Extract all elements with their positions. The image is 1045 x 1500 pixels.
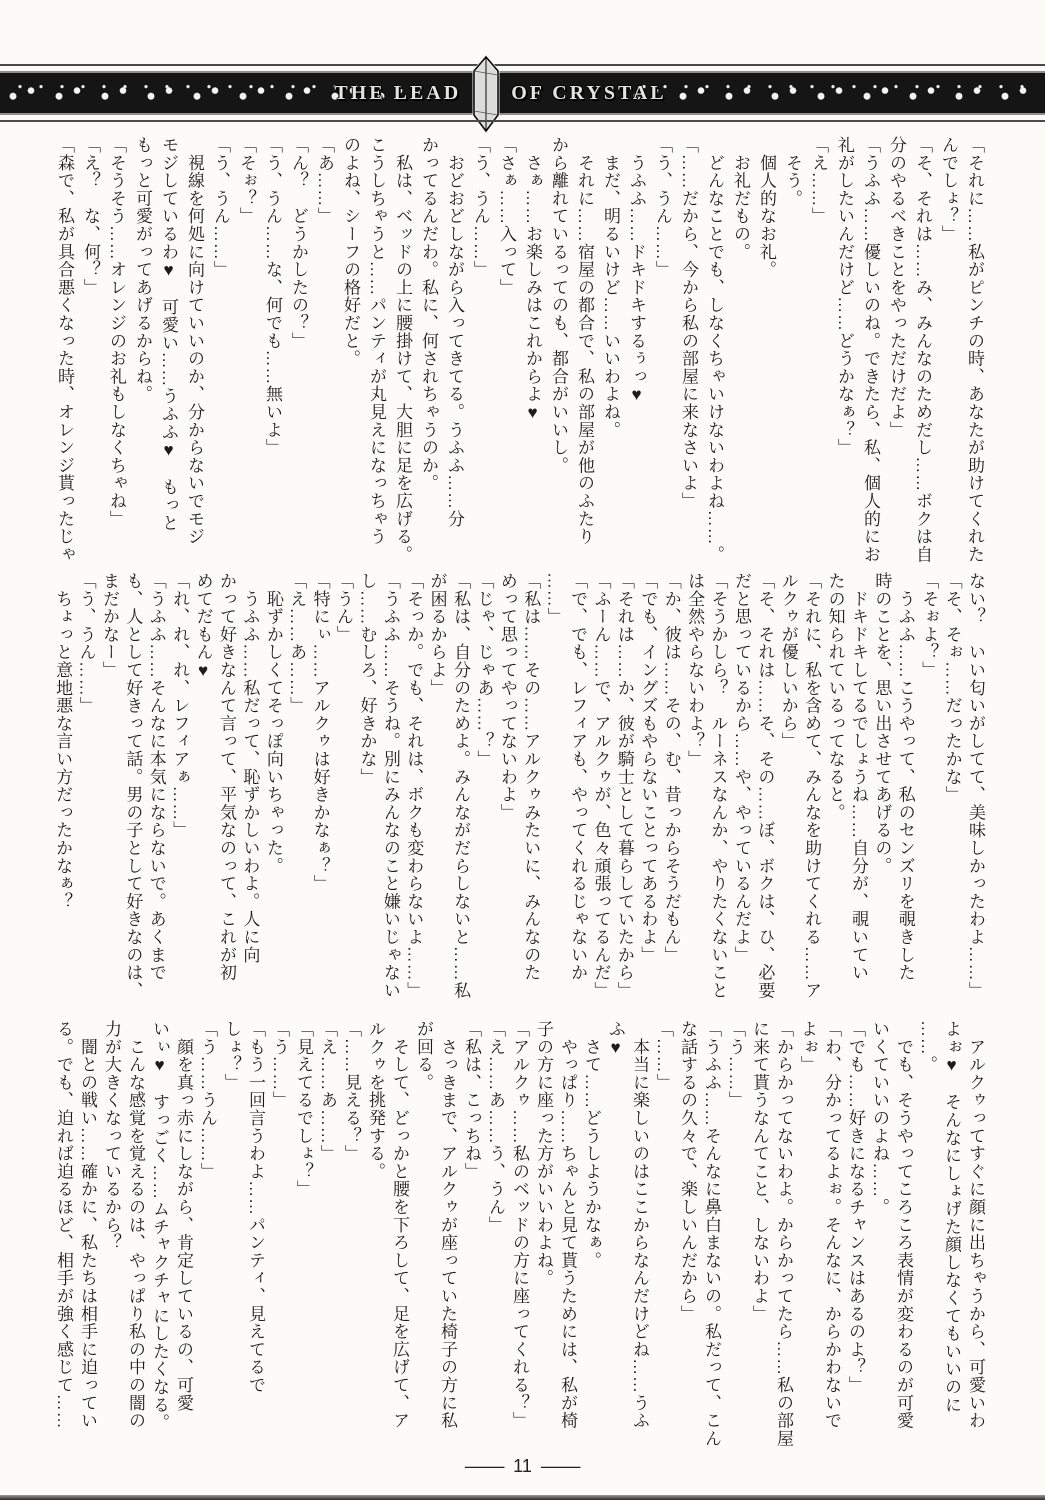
banner-hairline-top xyxy=(0,64,1045,66)
text-column: 「そ、そぉ……だったかな」 xyxy=(940,572,963,1010)
text-column: 「わ、分かってるよぉ。そんなに、からかわないで xyxy=(819,1020,843,1466)
text-column: 「ふーん……で、アルクゥが、色々頑張ってるんだ」 xyxy=(589,572,612,1010)
text-column: も、人として好きって話。男の子として好きなのは、 xyxy=(121,572,144,1010)
text-column: 「そうかしら？ ルーネスなんか、やりたくないこと xyxy=(706,572,729,1010)
text-column: 「う、うん……」 xyxy=(649,136,675,568)
text-column: うふふ……ドキドキするぅっ♥ xyxy=(623,136,649,568)
text-column: 「そうそう……オレンジのお礼もしなくちゃね」 xyxy=(103,136,129,568)
text-column: 「う、うん……」 xyxy=(467,136,493,568)
text-column: 「あ……」 xyxy=(311,136,337,568)
text-column: 「さぁ……入って」 xyxy=(493,136,519,568)
banner-hairline-bottom xyxy=(0,120,1045,122)
text-column: 「うふふ……そんなに鼻白まないの。私だって、こん xyxy=(699,1020,723,1466)
text-column: さて……どうしようかなぁ。 xyxy=(579,1020,603,1466)
text-column: 時のことを、思い出させてあげるの。 xyxy=(870,572,893,1010)
text-column: やっぱり……ちゃんと見て貰うためには、私が椅 xyxy=(555,1020,579,1466)
text-band-middle: ない？ いい匂いがしてて、美味しかったわよ……」「そ、そぉ……だったかな」「そぉ… xyxy=(51,572,987,1010)
text-column: 「私は……その……アルクゥみたいに、みんなのた xyxy=(519,572,542,1010)
text-column: 「そっか。でも、それは、ボクも変わらないよ……」 xyxy=(402,572,425,1010)
text-column: かって好きなんて言って、平気なのって、これが初 xyxy=(215,572,238,1010)
text-column: 分のやるべきことをやっただけだよ」 xyxy=(883,136,909,568)
text-column: 「そ、それは……み、みんなのためだし……ボクは自 xyxy=(909,136,935,568)
text-column: 力が大きくなっているから？ xyxy=(99,1020,123,1466)
text-column: が回る。 xyxy=(411,1020,435,1466)
text-column: ちょっと意地悪な言い方だったかなぁ？ xyxy=(51,572,74,1010)
text-column: 「れ、れ、れ、レフィアぁ……」 xyxy=(168,572,191,1010)
text-column: 「特にぃ……アルクゥは好きかなぁ？」 xyxy=(308,572,331,1010)
text-column: 「うふふ……優しいのね。できたら、私、個人的にお xyxy=(857,136,883,568)
text-column: 「で、でも、レフィアも、やってくれるじゃないか xyxy=(566,572,589,1010)
text-column: たの知られているってなると。 xyxy=(823,572,846,1010)
text-column: 本当に楽しいのはここからなんだけどね……うふ xyxy=(627,1020,651,1466)
text-column: 「そぉよ？」 xyxy=(917,572,940,1010)
text-column: んでしょ？」 xyxy=(935,136,961,568)
text-column: ドキドキしてるでしょうね……自分が、覗いてい xyxy=(847,572,870,1010)
text-column: だと思っているから……や、やっているんだよ」 xyxy=(730,572,753,1010)
text-column: ない？ いい匂いがしてて、美味しかったわよ……」 xyxy=(964,572,987,1010)
text-column: モジしているわ♥ 可愛い……うふふ♥ もっと xyxy=(155,136,181,568)
text-column: うふふ……私だって、恥ずかしいわよ。人に向 xyxy=(238,572,261,1010)
text-column: お礼だもの。 xyxy=(727,136,753,568)
text-column: それに……宿屋の都合で、私の部屋が他のふたり xyxy=(571,136,597,568)
text-column: まだ、明るいけど……いいわよね。 xyxy=(597,136,623,568)
text-column: めって思ってやってないわよ」 xyxy=(495,572,518,1010)
text-column: もっと可愛がってあげるからね。 xyxy=(129,136,155,568)
text-column: 「からかってないわよ。からかってたら……私の部屋 xyxy=(771,1020,795,1466)
page-number-value: 11 xyxy=(513,1456,532,1477)
banner-title: THE LEAD OF CRYSTAL xyxy=(0,73,1023,113)
title-banner: THE LEAD OF CRYSTAL xyxy=(0,64,1045,122)
text-column: まだかなー」 xyxy=(98,572,121,1010)
text-column: な話するの久々で、楽しいんだから」 xyxy=(675,1020,699,1466)
text-column: 「それは……か、彼が騎士として暮らしていたから」 xyxy=(613,572,636,1010)
text-column: うふふ……こうやって、私のセンズリを覗きした xyxy=(893,572,916,1010)
text-column: 私は、ベッドの上に腰掛けて、大胆に足を広げる。 xyxy=(389,136,415,568)
text-column: は全然やらないわよ？」 xyxy=(683,572,706,1010)
text-column: 「う、うん……」 xyxy=(74,572,97,1010)
text-column: 「うふふ……そんなに本気にならないで。あくまで xyxy=(144,572,167,1010)
text-column: し……むしろ、好きかな」 xyxy=(355,572,378,1010)
text-column: 「……見える？」 xyxy=(339,1020,363,1466)
text-column: 「う、うん……な、何でも……無いよ」 xyxy=(259,136,285,568)
text-column: 「う……」 xyxy=(267,1020,291,1466)
text-column: 「うん」 xyxy=(332,572,355,1010)
text-column: そう。 xyxy=(779,136,805,568)
text-column: 恥ずかしくてそっぽ向いちゃった。 xyxy=(261,572,284,1010)
text-column: 「え……あ……」 xyxy=(285,572,308,1010)
text-column: よぉ」 xyxy=(795,1020,819,1466)
text-column: 顔を真っ赤にしながら、肯定しているの、可愛 xyxy=(171,1020,195,1466)
text-column: さっきまで、アルクゥが座っていた椅子の方に私 xyxy=(435,1020,459,1466)
page-number-dash-right: — xyxy=(541,1456,581,1477)
text-column: 「森で、私が具合悪くなった時、オレンジ貰ったじゃ xyxy=(51,136,77,568)
text-column: めてだもん♥ xyxy=(191,572,214,1010)
page-number-dash-left: — xyxy=(464,1456,504,1477)
text-column: 「え……あ……う、うん」 xyxy=(483,1020,507,1466)
banner-title-left: THE LEAD xyxy=(334,82,461,105)
text-column: しょ？」 xyxy=(219,1020,243,1466)
scanned-doujin-page: THE LEAD OF CRYSTAL 「それに……私がピンチの時、あなたが助け… xyxy=(0,0,1045,1500)
text-column: 個人的なお礼。 xyxy=(753,136,779,568)
text-column: 「……」 xyxy=(651,1020,675,1466)
text-column: ……。 xyxy=(915,1020,939,1466)
text-column: 「私は、こっちね」 xyxy=(459,1020,483,1466)
text-column: こうしちゃうと……パンティが丸見えになっちゃう xyxy=(363,136,389,568)
text-band-top: 「それに……私がピンチの時、あなたが助けてくれたんでしょ？」「そ、それは……み、… xyxy=(51,136,987,568)
text-band-bottom: アルクゥってすぐに顔に出ちゃうから、可愛いわよぉ♥ そんなにしょげた顔しなくても… xyxy=(51,1020,987,1466)
text-column: ……」 xyxy=(542,572,565,1010)
text-column: ルクゥが優しいから」 xyxy=(776,572,799,1010)
text-column: いぃ♥ すっごく……ムチャクチャにしたくなる。 xyxy=(147,1020,171,1466)
text-column: 「見えてるでしょ？」 xyxy=(291,1020,315,1466)
text-column: 「私は、自分のためよ。みんながだらしないと……私 xyxy=(449,572,472,1010)
text-column: のよね、シーフの格好だと。 xyxy=(337,136,363,568)
text-column: 「そ、それは……そ、その……ぼ、ボクは、ひ、必要 xyxy=(753,572,776,1010)
text-column: る。でも、迫れば迫るほど、相手が強く感じて…… xyxy=(51,1020,75,1466)
text-column: よぉ♥ そんなにしょげた顔しなくてもいいのに xyxy=(939,1020,963,1466)
text-column: いくていいのよね……。 xyxy=(867,1020,891,1466)
text-column: 「う、うん……」 xyxy=(207,136,233,568)
text-column: 「アルクゥ……私のベッドの方に座ってくれる？」 xyxy=(507,1020,531,1466)
text-column: ふ♥ xyxy=(603,1020,627,1466)
text-column: が困るからよ」 xyxy=(425,572,448,1010)
text-column: 「……だから、今から私の部屋に来なさいよ」 xyxy=(675,136,701,568)
text-column: 「それに、私を含めて、みんなを助けてくれる……ア xyxy=(800,572,823,1010)
text-column: 「か、彼は……その、む、昔っからそうだもん」 xyxy=(659,572,682,1010)
text-column: おどおどしながら入ってきてる。うふふ……分 xyxy=(441,136,467,568)
text-column: 闇との戦い……確かに、私たちは相手に迫ってい xyxy=(75,1020,99,1466)
text-column: さぁ……お楽しみはこれからよ♥ xyxy=(519,136,545,568)
text-column: 「そぉ？」 xyxy=(233,136,259,568)
text-column: でも、そうやってころころ表情が変わるのが可愛 xyxy=(891,1020,915,1466)
text-column: 「え……あ……」 xyxy=(315,1020,339,1466)
text-column: 「それに……私がピンチの時、あなたが助けてくれた xyxy=(961,136,987,568)
text-column: 「ん？ どうかしたの？」 xyxy=(285,136,311,568)
text-column: 子の方に座った方がいいわよね。 xyxy=(531,1020,555,1466)
text-column: どんなことでも、しなくちゃいけないわよね……。 xyxy=(701,136,727,568)
text-column: 視線を何処に向けていいのか、分からないでモジ xyxy=(181,136,207,568)
text-column: かってるんだわ。私に、何されちゃうのか。 xyxy=(415,136,441,568)
text-column: ルクゥを挑発する。 xyxy=(363,1020,387,1466)
text-column: 「う……」 xyxy=(723,1020,747,1466)
text-column: 「うふふ……そうね。別にみんなのこと嫌いじゃない xyxy=(378,572,401,1010)
text-column: 礼がしたいんだけど……どうかなぁ？」 xyxy=(831,136,857,568)
text-column: そして、どっかと腰を下ろして、足を広げて、ア xyxy=(387,1020,411,1466)
text-column: 「でも……好きになるチャンスはあるのよ？」 xyxy=(843,1020,867,1466)
text-column: から離れているってのも、都合がいいし。 xyxy=(545,136,571,568)
text-column: 「え……」 xyxy=(805,136,831,568)
banner-band: THE LEAD OF CRYSTAL xyxy=(0,71,1045,115)
text-column: 「え？ な、何？」 xyxy=(77,136,103,568)
text-column: 「でも、イングズもやらないことってあるわよ」 xyxy=(636,572,659,1010)
scan-edge xyxy=(0,1495,1045,1500)
banner-title-right: OF CRYSTAL xyxy=(511,82,666,105)
text-column: 「じゃ、じゃあ……？」 xyxy=(472,572,495,1010)
text-column: 「う……うん……」 xyxy=(195,1020,219,1466)
text-column: 「もう一回言うわよ……パンティ、見えてるで xyxy=(243,1020,267,1466)
text-column: こんな感覚を覚えるのは、やっぱり私の中の闇の xyxy=(123,1020,147,1466)
text-column: アルクゥってすぐに顔に出ちゃうから、可愛いわ xyxy=(963,1020,987,1466)
text-column: に来て貰うなんてこと、しないわよ」 xyxy=(747,1020,771,1466)
page-number: — 11 — xyxy=(475,1456,570,1477)
